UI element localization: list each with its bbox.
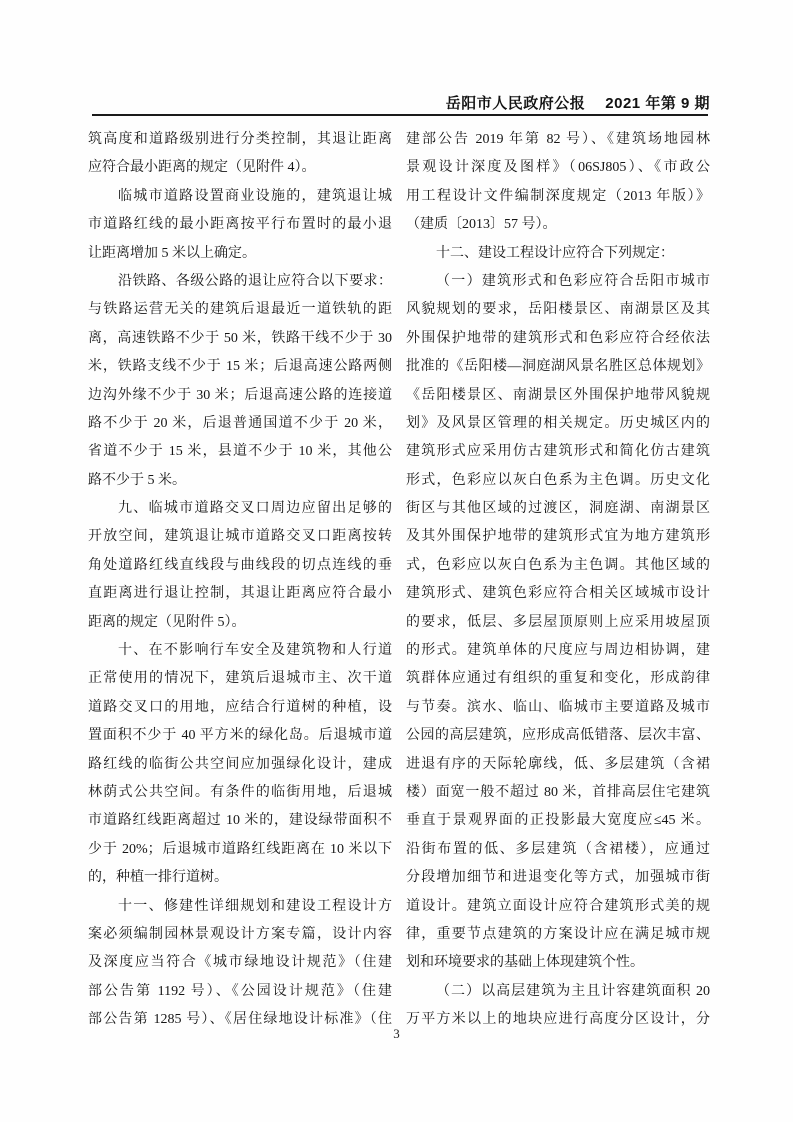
text-line: 筑群体应通过有组织的重复和变化，形成韵律 xyxy=(406,665,710,693)
text-line: 沿街布置的低、多层建筑（含裙楼），应通过 xyxy=(406,836,710,864)
text-line: 进退有序的天际轮廓线，低、多层建筑（含裙 xyxy=(406,751,710,779)
text-line: 角处道路红线直线段与曲线段的切点连线的垂 xyxy=(88,552,392,580)
text-line: 十一、修建性详细规划和建设工程设计方 xyxy=(88,893,392,921)
text-line: 分段增加细节和进退变化等方式，加强城市街 xyxy=(406,864,710,892)
document-body: 筑高度和道路级别进行分类控制，其退让距离应符合最小距离的规定（见附件 4）。临城… xyxy=(88,126,710,1035)
text-line: 建部公告 2019 年第 82 号）、《建筑场地园林 xyxy=(406,126,710,154)
text-line: 与铁路运营无关的建筑后退最近一道铁轨的距 xyxy=(88,296,392,324)
text-line: 及其外围保护地带的建筑形式宜为地方建筑形 xyxy=(406,523,710,551)
text-line: 市道路红线距离超过 10 米的，建设绿带面积不 xyxy=(88,807,392,835)
text-line: 划》及风景区管理的相关规定。历史城区内的 xyxy=(406,410,710,438)
gazette-issue: 2021 年第 9 期 xyxy=(605,95,710,112)
text-line: 用工程设计文件编制深度规定（2013 年版）》 xyxy=(406,183,710,211)
text-line: 道路交叉口的用地，应结合行道树的种植，设 xyxy=(88,694,392,722)
text-line: （建质〔2013〕57 号）。 xyxy=(406,211,710,239)
text-line: 开放空间，建筑退让城市道路交叉口距离按转 xyxy=(88,523,392,551)
text-line: 《岳阳楼景区、南湖景区外围保护地带风貌规 xyxy=(406,382,710,410)
text-line: 林荫式公共空间。有条件的临街用地，后退城 xyxy=(88,779,392,807)
text-line: 的，种植一排行道树。 xyxy=(88,864,392,892)
text-line: 的形式。建筑单体的尺度应与周边相协调，建 xyxy=(406,637,710,665)
text-line: 路红线的临街公共空间应加强绿化设计，建成 xyxy=(88,751,392,779)
text-line: 沿铁路、各级公路的退让应符合以下要求： xyxy=(88,268,392,296)
left-column: 筑高度和道路级别进行分类控制，其退让距离应符合最小距离的规定（见附件 4）。临城… xyxy=(88,126,392,1035)
text-line: 少于 20%；后退城市道路红线距离在 10 米以下 xyxy=(88,836,392,864)
text-line: 距离的规定（见附件 5）。 xyxy=(88,609,392,637)
text-line: 及深度应当符合《城市绿地设计规范》（住建 xyxy=(88,949,392,977)
text-line: 风貌规划的要求，岳阳楼景区、南湖景区及其 xyxy=(406,296,710,324)
text-line: 部公告第 1192 号）、《公园设计规范》（住建 xyxy=(88,978,392,1006)
text-line: 的要求，低层、多层屋顶原则上应采用坡屋顶 xyxy=(406,609,710,637)
text-line: 应符合最小距离的规定（见附件 4）。 xyxy=(88,154,392,182)
text-line: （一）建筑形式和色彩应符合岳阳市城市 xyxy=(406,268,710,296)
text-line: 批准的《岳阳楼—洞庭湖风景名胜区总体规划》 xyxy=(406,353,710,381)
text-line: 边沟外缘不少于 30 米；后退高速公路的连接道 xyxy=(88,382,392,410)
text-line: 正常使用的情况下，建筑后退城市主、次干道 xyxy=(88,665,392,693)
text-line: （二）以高层建筑为主且计容建筑面积 20 xyxy=(406,978,710,1006)
header-divider xyxy=(92,114,708,116)
text-line: 街区与其他区域的过渡区，洞庭湖、南湖景区 xyxy=(406,495,710,523)
gazette-page: 岳阳市人民政府公报2021 年第 9 期 筑高度和道路级别进行分类控制，其退让距… xyxy=(0,0,793,1122)
text-line: 米，铁路支线不少于 15 米；后退高速公路两侧 xyxy=(88,353,392,381)
text-line: 让距离增加 5 米以上确定。 xyxy=(88,240,392,268)
text-line: 外围保护地带的建筑形式和色彩应符合经依法 xyxy=(406,325,710,353)
text-line: 与节奏。滨水、临山、临城市主要道路及城市 xyxy=(406,694,710,722)
text-line: 垂直于景观界面的正投影最大宽度应≤45 米。 xyxy=(406,807,710,835)
text-line: 十二、建设工程设计应符合下列规定： xyxy=(406,240,710,268)
text-line: 形式，色彩应以灰白色系为主色调。历史文化 xyxy=(406,467,710,495)
text-line: 建筑形式、建筑色彩应符合相关区域城市设计 xyxy=(406,580,710,608)
gazette-title: 岳阳市人民政府公报 xyxy=(446,95,586,112)
text-line: 临城市道路设置商业设施的，建筑退让城 xyxy=(88,183,392,211)
text-line: 案必须编制园林景观设计方案专篇，设计内容 xyxy=(88,921,392,949)
text-line: 楼）面宽一般不超过 80 米，首排高层住宅建筑 xyxy=(406,779,710,807)
text-line: 路不少于 20 米，后退普通国道不少于 20 米， xyxy=(88,410,392,438)
text-line: 十、在不影响行车安全及建筑物和人行道 xyxy=(88,637,392,665)
text-line: 置面积不少于 40 平方米的绿化岛。后退城市道 xyxy=(88,722,392,750)
text-line: 景观设计深度及图样》（06SJ805）、《市政公 xyxy=(406,154,710,182)
text-line: 直距离进行退让控制，其退让距离应符合最小 xyxy=(88,580,392,608)
text-line: 市道路红线的最小距离按平行布置时的最小退 xyxy=(88,211,392,239)
right-column: 建部公告 2019 年第 82 号）、《建筑场地园林景观设计深度及图样》（06S… xyxy=(406,126,710,1035)
text-line: 律，重要节点建筑的方案设计应在满足城市规 xyxy=(406,921,710,949)
text-line: 九、临城市道路交叉口周边应留出足够的 xyxy=(88,495,392,523)
page-footer: 3 xyxy=(0,1026,793,1042)
text-line: 建筑形式应采用仿古建筑形式和简化仿古建筑 xyxy=(406,438,710,466)
text-line: 省道不少于 15 米，县道不少于 10 米，其他公 xyxy=(88,438,392,466)
text-line: 公园的高层建筑，应形成高低错落、层次丰富、 xyxy=(406,722,710,750)
text-line: 离，高速铁路不少于 50 米，铁路干线不少于 30 xyxy=(88,325,392,353)
text-line: 筑高度和道路级别进行分类控制，其退让距离 xyxy=(88,126,392,154)
text-line: 式，色彩应以灰白色系为主色调。其他区域的 xyxy=(406,552,710,580)
page-header: 岳阳市人民政府公报2021 年第 9 期 xyxy=(88,92,710,113)
text-line: 道设计。建筑立面设计应符合建筑形式美的规 xyxy=(406,893,710,921)
page-number: 3 xyxy=(393,1026,400,1041)
text-line: 划和环境要求的基础上体现建筑个性。 xyxy=(406,949,710,977)
text-line: 路不少于 5 米。 xyxy=(88,467,392,495)
